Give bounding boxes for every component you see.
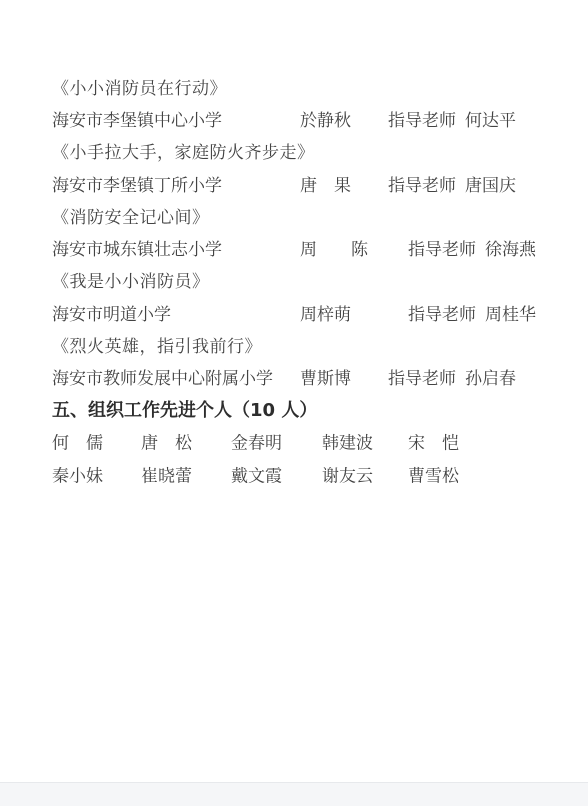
- school-name: 海安市李堡镇中心小学: [52, 106, 300, 131]
- teacher-label: 指导老师: [408, 300, 476, 325]
- teacher-label: 指导老师: [388, 106, 456, 131]
- teacher-label: 指导老师: [408, 235, 476, 260]
- person-name: 何 儒: [52, 429, 103, 454]
- school-name: 海安市李堡镇丁所小学: [52, 171, 300, 196]
- award-entry-row: 海安市李堡镇丁所小学 唐 果 指导老师 唐国庆: [52, 167, 568, 199]
- award-entry-row: 海安市明道小学 周梓萌 指导老师 周桂华: [52, 296, 568, 328]
- teacher-name: 孙启春: [465, 364, 516, 389]
- person-name: 曹雪松: [408, 461, 459, 486]
- award-work-title: 《小手拉大手，家庭防火齐步走》: [52, 135, 568, 167]
- person-name: 秦小妹: [52, 461, 103, 486]
- award-work-title: 《小小消防员在行动》: [52, 70, 568, 102]
- award-entry-row: 海安市城东镇壮志小学 周 陈 指导老师 徐海燕: [52, 231, 568, 263]
- person-name: 戴文霞: [231, 461, 282, 486]
- person-name: 谢友云: [322, 461, 373, 486]
- names-row: 何 儒 唐 松 金春明 韩建波 宋 恺: [52, 425, 568, 457]
- page-gap: [0, 782, 588, 806]
- student-name: 於静秋: [300, 106, 388, 131]
- student-name: 唐 果: [300, 171, 388, 196]
- document-content: 《小小消防员在行动》 海安市李堡镇中心小学 於静秋 指导老师 何达平 《小手拉大…: [52, 70, 568, 490]
- school-name: 海安市明道小学: [52, 300, 300, 325]
- names-row: 秦小妹 崔晓蕾 戴文霞 谢友云 曹雪松: [52, 458, 568, 490]
- person-name: 崔晓蕾: [141, 461, 192, 486]
- award-work-title: 《消防安全记心间》: [52, 199, 568, 231]
- teacher-label: 指导老师: [388, 364, 456, 389]
- teacher-name: 周桂华: [485, 300, 536, 325]
- award-entry-row: 海安市教师发展中心附属小学 曹斯博 指导老师 孙启春: [52, 361, 568, 393]
- award-work-title: 《烈火英雄，指引我前行》: [52, 328, 568, 360]
- teacher-name: 唐国庆: [465, 171, 516, 196]
- school-name: 海安市教师发展中心附属小学: [52, 364, 300, 389]
- student-name: 曹斯博: [300, 364, 388, 389]
- student-name: 周梓萌: [300, 300, 408, 325]
- teacher-label: 指导老师: [388, 171, 456, 196]
- teacher-name: 何达平: [465, 106, 516, 131]
- section-heading: 五、组织工作先进个人（10 人）: [52, 393, 568, 425]
- student-name: 周 陈: [300, 235, 408, 260]
- teacher-name: 徐海燕: [485, 235, 536, 260]
- person-name: 韩建波: [322, 429, 373, 454]
- person-name: 宋 恺: [408, 429, 459, 454]
- award-entry-row: 海安市李堡镇中心小学 於静秋 指导老师 何达平: [52, 102, 568, 134]
- award-work-title: 《我是小小消防员》: [52, 264, 568, 296]
- person-name: 金春明: [231, 429, 282, 454]
- school-name: 海安市城东镇壮志小学: [52, 235, 300, 260]
- person-name: 唐 松: [141, 429, 192, 454]
- document-page: 《小小消防员在行动》 海安市李堡镇中心小学 於静秋 指导老师 何达平 《小手拉大…: [0, 0, 588, 782]
